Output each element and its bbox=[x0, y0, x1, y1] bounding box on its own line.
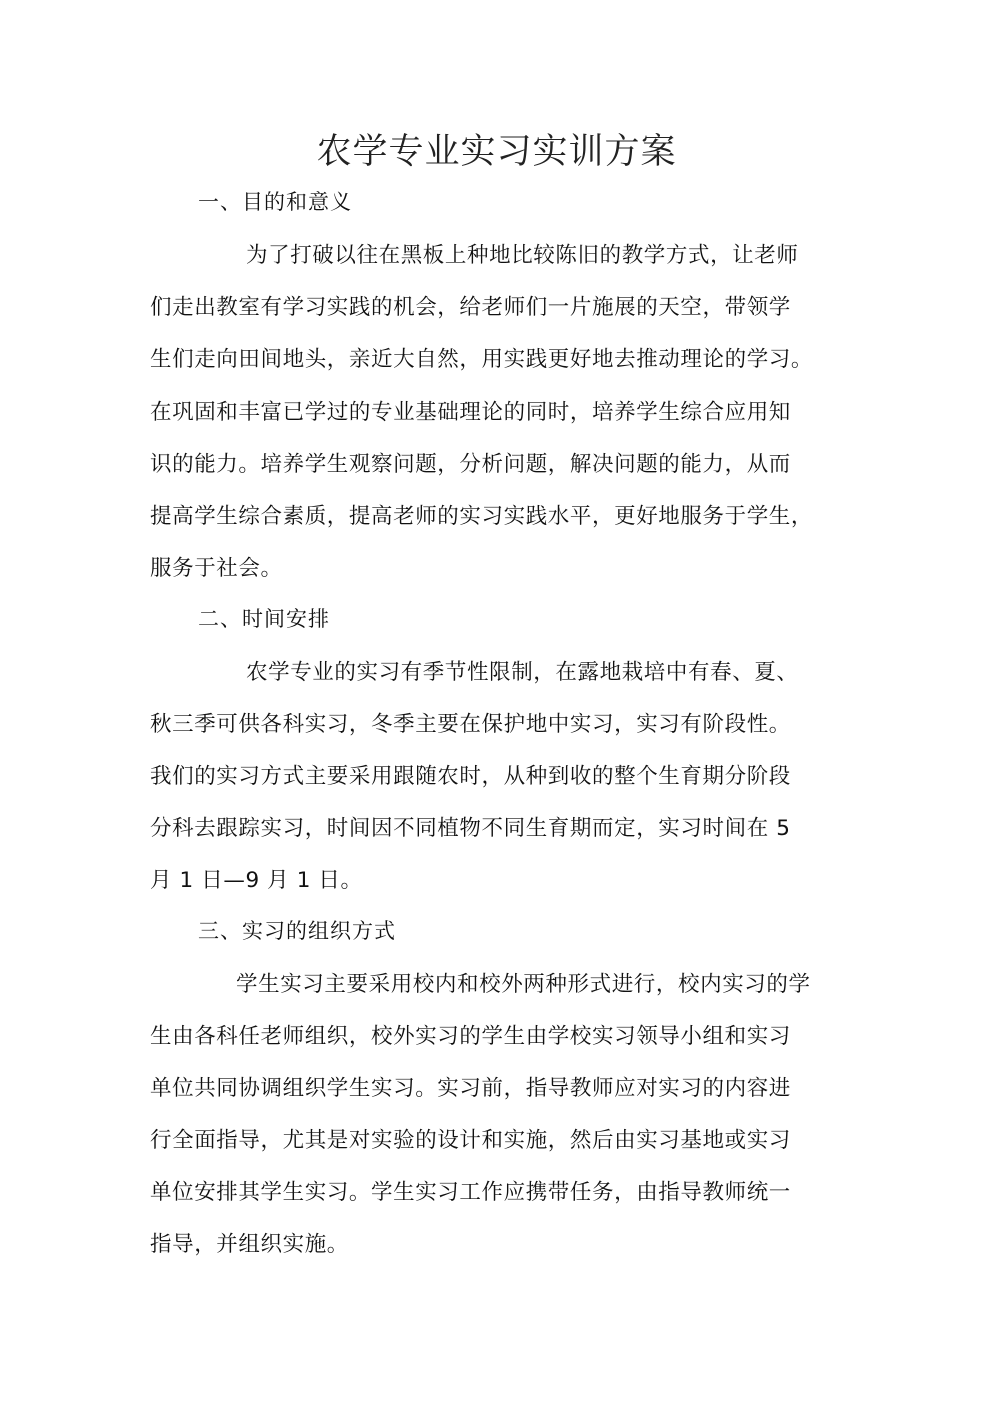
paragraph-line: 单位共同协调组织学生实习。实习前，指导教师应对实习的内容进 bbox=[150, 1071, 840, 1102]
document-page: 农学专业实习实训方案 一、目的和意义 为了打破以往在黑板上种地比较陈旧的教学方式… bbox=[0, 0, 993, 1404]
document-title: 农学专业实习实训方案 bbox=[0, 124, 993, 174]
paragraph-line: 们走出教室有学习实践的机会，给老师们一片施展的天空，带领学 bbox=[150, 290, 840, 321]
paragraph-line: 生由各科任老师组织，校外实习的学生由学校实习领导小组和实习 bbox=[150, 1019, 840, 1050]
paragraph-line: 农学专业的实习有季节性限制，在露地栽培中有春、夏、 bbox=[246, 655, 936, 686]
section-heading-purpose: 一、目的和意义 bbox=[198, 186, 352, 216]
paragraph-line: 在巩固和丰富已学过的专业基础理论的同时，培养学生综合应用知 bbox=[150, 395, 840, 426]
paragraph-line: 学生实习主要采用校内和校外两种形式进行，校内实习的学 bbox=[236, 967, 926, 998]
paragraph-line: 秋三季可供各科实习，冬季主要在保护地中实习，实习有阶段性。 bbox=[150, 707, 840, 738]
paragraph-line: 分科去跟踪实习，时间因不同植物不同生育期而定，实习时间在 5 bbox=[150, 811, 840, 842]
paragraph-line: 生们走向田间地头，亲近大自然，用实践更好地去推动理论的学习。 bbox=[150, 342, 840, 373]
paragraph-line: 服务于社会。 bbox=[150, 551, 840, 582]
paragraph-line: 行全面指导，尤其是对实验的设计和实施，然后由实习基地或实习 bbox=[150, 1123, 840, 1154]
section-heading-schedule: 二、时间安排 bbox=[198, 603, 330, 633]
paragraph-line: 月 1 日—9 月 1 日。 bbox=[150, 863, 840, 894]
paragraph-line: 我们的实习方式主要采用跟随农时，从种到收的整个生育期分阶段 bbox=[150, 759, 840, 790]
paragraph-line: 为了打破以往在黑板上种地比较陈旧的教学方式，让老师 bbox=[246, 238, 936, 269]
section-heading-organization: 三、实习的组织方式 bbox=[198, 915, 396, 945]
paragraph-line: 提高学生综合素质，提高老师的实习实践水平，更好地服务于学生， bbox=[150, 499, 840, 530]
paragraph-line: 识的能力。培养学生观察问题，分析问题，解决问题的能力，从而 bbox=[150, 447, 840, 478]
paragraph-line: 指导，并组织实施。 bbox=[150, 1227, 840, 1258]
paragraph-line: 单位安排其学生实习。学生实习工作应携带任务，由指导教师统一 bbox=[150, 1175, 840, 1206]
